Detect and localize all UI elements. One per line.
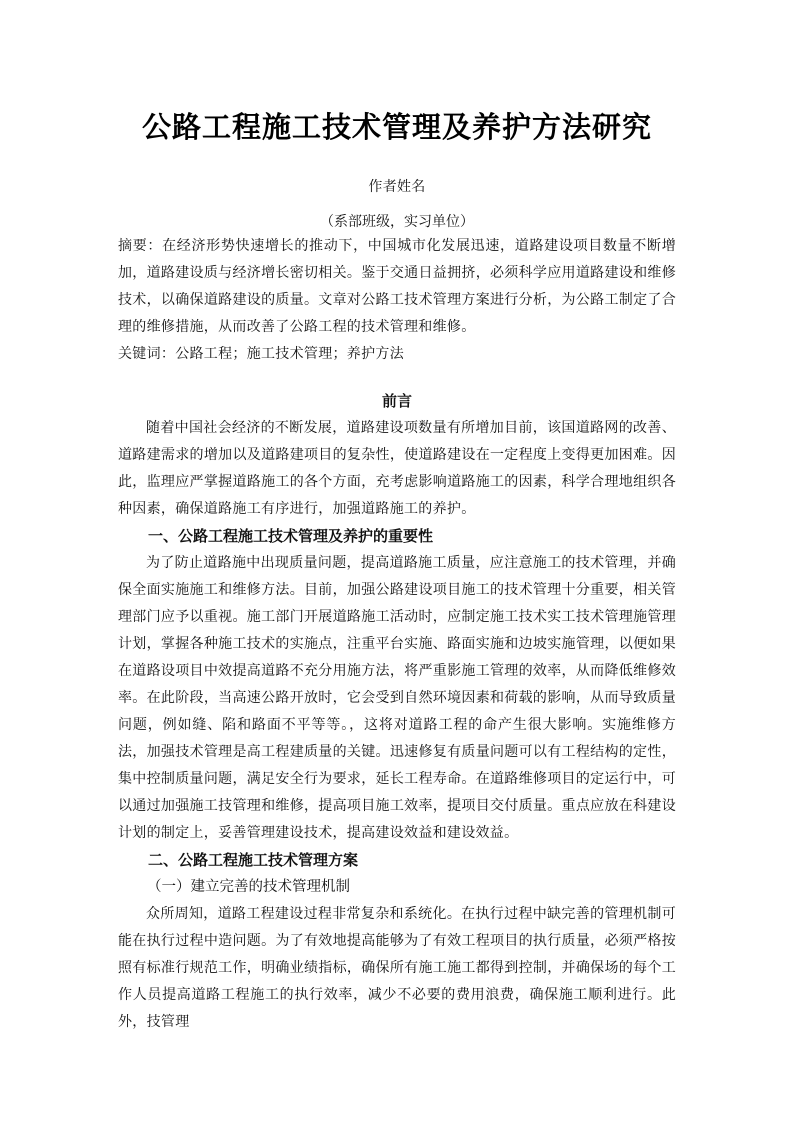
paper-title: 公路工程施工技术管理及养护方法研究: [118, 106, 676, 150]
abstract-text: 摘要：在经济形势快速增长的推动下，中国城市化发展迅速，道路建设项目数量不断增加，…: [118, 233, 676, 341]
subsection-2-1-paragraph: 众所周知，道路工程建设过程非常复杂和系统化。在执行过程中缺完善的管理机制可能在执…: [118, 901, 676, 1036]
document-page: 公路工程施工技术管理及养护方法研究 作者姓名 （系部班级，实习单位） 摘要：在经…: [0, 0, 793, 1122]
preface-heading: 前言: [118, 388, 676, 415]
author-name: 作者姓名: [118, 174, 676, 201]
keywords-text: 关键词：公路工程；施工技术管理；养护方法: [118, 341, 676, 368]
section-1-paragraph: 为了防止道路施中出现质量问题，提高道路施工质量，应注意施工的技术管理，并确保全面…: [118, 550, 676, 847]
section-heading-2: 二、公路工程施工技术管理方案: [118, 847, 676, 874]
section-heading-1: 一、公路工程施工技术管理及养护的重要性: [118, 523, 676, 550]
author-affiliation: （系部班级，实习单位）: [118, 213, 676, 233]
preface-paragraph: 随着中国社会经济的不断发展，道路建设项数量有所增加目前，该国道路网的改善、道路建…: [118, 415, 676, 523]
subsection-heading-2-1: （一）建立完善的技术管理机制: [118, 874, 676, 901]
